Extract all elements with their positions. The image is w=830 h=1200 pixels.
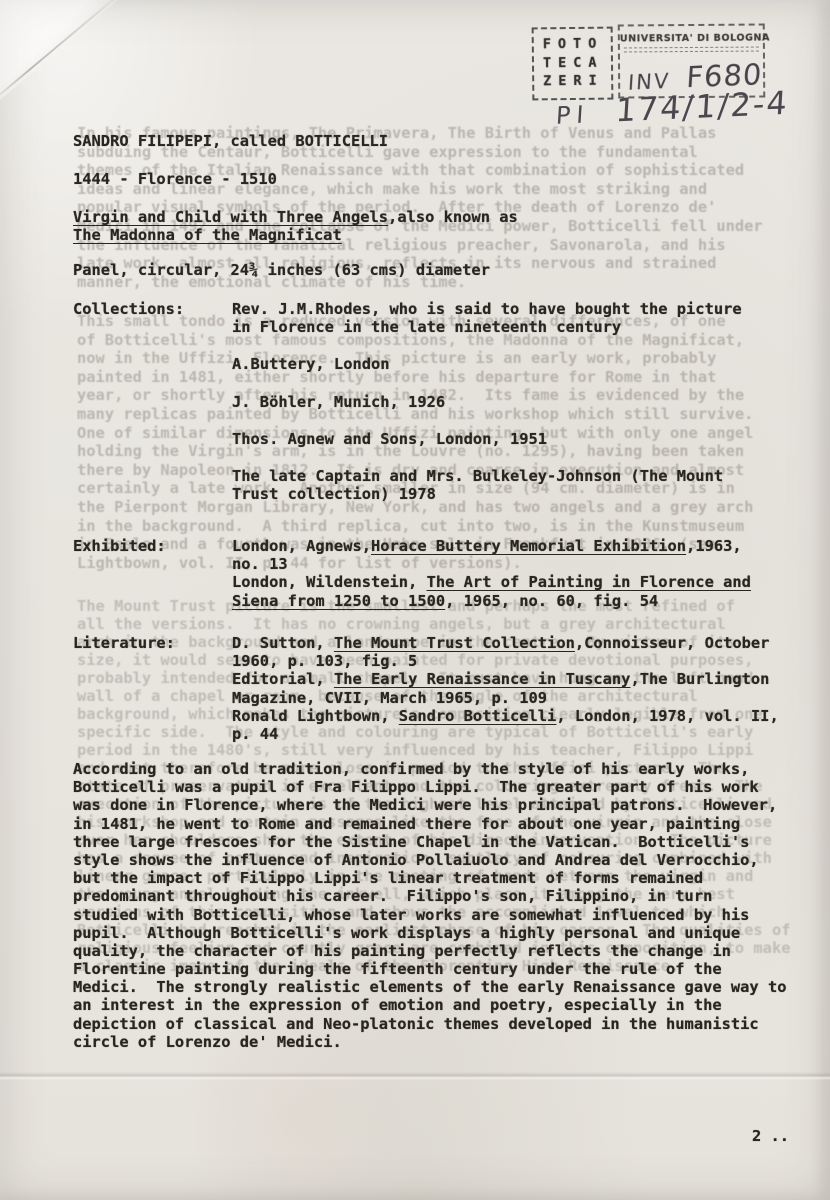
text-run: A.Buttery, London: [232, 355, 390, 373]
paragraph-line: depiction of classical and Neo-platonic …: [73, 1015, 786, 1033]
document-page: In his famous paintings, The Primavera, …: [0, 0, 830, 1200]
text-run: ,1963,: [686, 537, 742, 555]
underlined-title: The Art of Painting in Florence and: [427, 573, 751, 591]
paragraph-line: pupil. Although Botticelli's work displa…: [73, 924, 786, 942]
paragraph-line: According to an old tradition, confirmed…: [73, 760, 786, 778]
underlined-title: The Early Renaissance in Tuscany: [334, 670, 631, 688]
text-run: depiction of classical and Neo-platonic …: [73, 1015, 759, 1033]
section-entries: D. Sutton, The Mount Trust Collection,Co…: [232, 634, 812, 743]
entry-line: Rev. J.M.Rhodes, who is said to have bou…: [232, 300, 812, 318]
entry-line: Ronald Lightbown, Sandro Botticelli, Lon…: [232, 707, 812, 725]
page-number: 2 ..: [752, 1127, 789, 1145]
entry: Editorial, The Early Renaissance in Tusc…: [232, 670, 812, 706]
entry: J. Böhler, Munich, 1926: [232, 393, 812, 411]
text-run: circle of Lorenzo de' Medici.: [73, 1033, 342, 1051]
entry: London, Wildenstein, The Art of Painting…: [232, 573, 812, 609]
section-entries: London, Agnews,Horace Buttery Memorial E…: [232, 537, 812, 610]
text-run: 1444 - Florence - 1510: [73, 170, 277, 188]
section-label: Exhibited:: [73, 537, 166, 555]
section-collections: Collections:Rev. J.M.Rhodes, who is said…: [73, 300, 812, 503]
text-run: London, Agnews,: [232, 537, 371, 555]
header-line: Panel, circular, 24¾ inches (63 cms) dia…: [73, 261, 490, 279]
entry-line: Siena from 1250 to 1500, 1965, no. 60, f…: [232, 592, 812, 610]
text-run: The late Captain and Mrs. Bulkeley-Johns…: [232, 467, 723, 485]
text-run: , 1965, no. 60, fig. 54: [445, 592, 658, 610]
entry-line: 1960, p. 103, fig. 5: [232, 652, 812, 670]
text-run: Botticelli was a pupil of Fra Filippo Li…: [73, 778, 759, 796]
paragraph-line: studied with Botticelli, whose later wor…: [73, 906, 786, 924]
entry: Rev. J.M.Rhodes, who is said to have bou…: [232, 300, 812, 336]
entry-line: D. Sutton, The Mount Trust Collection,Co…: [232, 634, 812, 652]
body-paragraph: According to an old tradition, confirmed…: [73, 760, 786, 1051]
text-run: ,Connoisseur, October: [575, 634, 770, 652]
entry-line: no. 13: [232, 555, 812, 573]
text-run: quality, the character of his painting p…: [73, 942, 731, 960]
paragraph-line: Florentine painting during the fifteenth…: [73, 960, 786, 978]
text-run: predominant throughout his career. Filip…: [73, 887, 712, 905]
text-run: Editorial,: [232, 670, 334, 688]
entry-line: The late Captain and Mrs. Bulkeley-Johns…: [232, 467, 812, 485]
header-line: Virgin and Child with Three Angels,also …: [73, 208, 518, 226]
entry: A.Buttery, London: [232, 355, 812, 373]
underlined-title: The Madonna of the Magnificat: [73, 226, 342, 244]
text-run: no. 13: [232, 555, 288, 573]
entry: Ronald Lightbown, Sandro Botticelli, Lon…: [232, 707, 812, 743]
text-run: According to an old tradition, confirmed…: [73, 760, 749, 778]
section-entries: Rev. J.M.Rhodes, who is said to have bou…: [232, 300, 812, 503]
text-run: studied with Botticelli, whose later wor…: [73, 906, 749, 924]
text-run: Trust collection) 1978: [232, 485, 436, 503]
text-run: Ronald Lightbown,: [232, 707, 399, 725]
paragraph-line: quality, the character of his painting p…: [73, 942, 786, 960]
header-line: 1444 - Florence - 1510: [73, 170, 277, 188]
text-run: ,The Burlington: [630, 670, 769, 688]
text-run: Florentine painting during the fifteenth…: [73, 960, 722, 978]
section-literature: Literature:D. Sutton, The Mount Trust Co…: [73, 634, 812, 743]
entry-line: London, Wildenstein, The Art of Painting…: [232, 573, 812, 591]
paragraph-line: Medici. The strongly realistic elements …: [73, 978, 786, 996]
entry: London, Agnews,Horace Buttery Memorial E…: [232, 537, 812, 573]
underlined-title: Siena from 1250 to 1500: [232, 592, 445, 610]
text-run: Magazine, CVII, March 1965, p. 109: [232, 689, 547, 707]
text-run: , London, 1978, vol. II,: [556, 707, 778, 725]
typed-content: SANDRO FILIPEPI, called BOTTICELLI1444 -…: [0, 0, 830, 1200]
paragraph-line: was done in Florence, where the Medici w…: [73, 796, 786, 814]
paragraph-line: in 1481, he went to Rome and remained th…: [73, 815, 786, 833]
paragraph-line: style shows the influence of Antonio Pol…: [73, 851, 786, 869]
text-run: Panel, circular, 24¾ inches (63 cms) dia…: [73, 261, 490, 279]
entry-line: p. 44: [232, 725, 812, 743]
header-line: The Madonna of the Magnificat: [73, 226, 342, 244]
text-run: in Florence in the late nineteenth centu…: [232, 318, 621, 336]
text-run: ,also known as: [388, 208, 518, 226]
entry: Thos. Agnew and Sons, London, 1951: [232, 430, 812, 448]
text-run: J. Böhler, Munich, 1926: [232, 393, 445, 411]
entry: The late Captain and Mrs. Bulkeley-Johns…: [232, 467, 812, 503]
text-run: London, Wildenstein,: [232, 573, 427, 591]
underlined-title: Horace Buttery Memorial Exhibition: [371, 537, 686, 555]
text-run: was done in Florence, where the Medici w…: [73, 796, 777, 814]
header-line: SANDRO FILIPEPI, called BOTTICELLI: [73, 132, 388, 150]
entry-line: London, Agnews,Horace Buttery Memorial E…: [232, 537, 812, 555]
text-run: Medici. The strongly realistic elements …: [73, 978, 786, 996]
paragraph-line: but the impact of Filippo Lippi's linear…: [73, 869, 786, 887]
entry-line: Trust collection) 1978: [232, 485, 812, 503]
text-run: three large frescoes for the Sistine Cha…: [73, 833, 749, 851]
section-label: Collections:: [73, 300, 184, 318]
section-label: Literature:: [73, 634, 175, 652]
section-exhibited: Exhibited:London, Agnews,Horace Buttery …: [73, 537, 812, 610]
text-run: p. 44: [232, 725, 278, 743]
text-run: an interest in the expression of emotion…: [73, 996, 722, 1014]
paragraph-line: an interest in the expression of emotion…: [73, 996, 786, 1014]
underlined-title: Virgin and Child with Three Angels: [73, 208, 388, 226]
entry-line: in Florence in the late nineteenth centu…: [232, 318, 812, 336]
underlined-title: The Mount Trust Collection: [334, 634, 575, 652]
paragraph-line: three large frescoes for the Sistine Cha…: [73, 833, 786, 851]
entry-line: Magazine, CVII, March 1965, p. 109: [232, 689, 812, 707]
text-run: but the impact of Filippo Lippi's linear…: [73, 869, 703, 887]
text-run: style shows the influence of Antonio Pol…: [73, 851, 759, 869]
paragraph-line: Botticelli was a pupil of Fra Filippo Li…: [73, 778, 786, 796]
paragraph-line: predominant throughout his career. Filip…: [73, 887, 786, 905]
entry: D. Sutton, The Mount Trust Collection,Co…: [232, 634, 812, 670]
text-run: in 1481, he went to Rome and remained th…: [73, 815, 740, 833]
text-run: Thos. Agnew and Sons, London, 1951: [232, 430, 547, 448]
text-run: SANDRO FILIPEPI, called BOTTICELLI: [73, 132, 388, 150]
entry-line: Editorial, The Early Renaissance in Tusc…: [232, 670, 812, 688]
text-run: 1960, p. 103, fig. 5: [232, 652, 417, 670]
underlined-title: Sandro Botticelli: [399, 707, 557, 725]
text-run: pupil. Although Botticelli's work displa…: [73, 924, 740, 942]
paragraph-line: circle of Lorenzo de' Medici.: [73, 1033, 786, 1051]
text-run: D. Sutton,: [232, 634, 334, 652]
text-run: Rev. J.M.Rhodes, who is said to have bou…: [232, 300, 742, 318]
entry-line: J. Böhler, Munich, 1926: [232, 393, 812, 411]
entry-line: Thos. Agnew and Sons, London, 1951: [232, 430, 812, 448]
entry-line: A.Buttery, London: [232, 355, 812, 373]
